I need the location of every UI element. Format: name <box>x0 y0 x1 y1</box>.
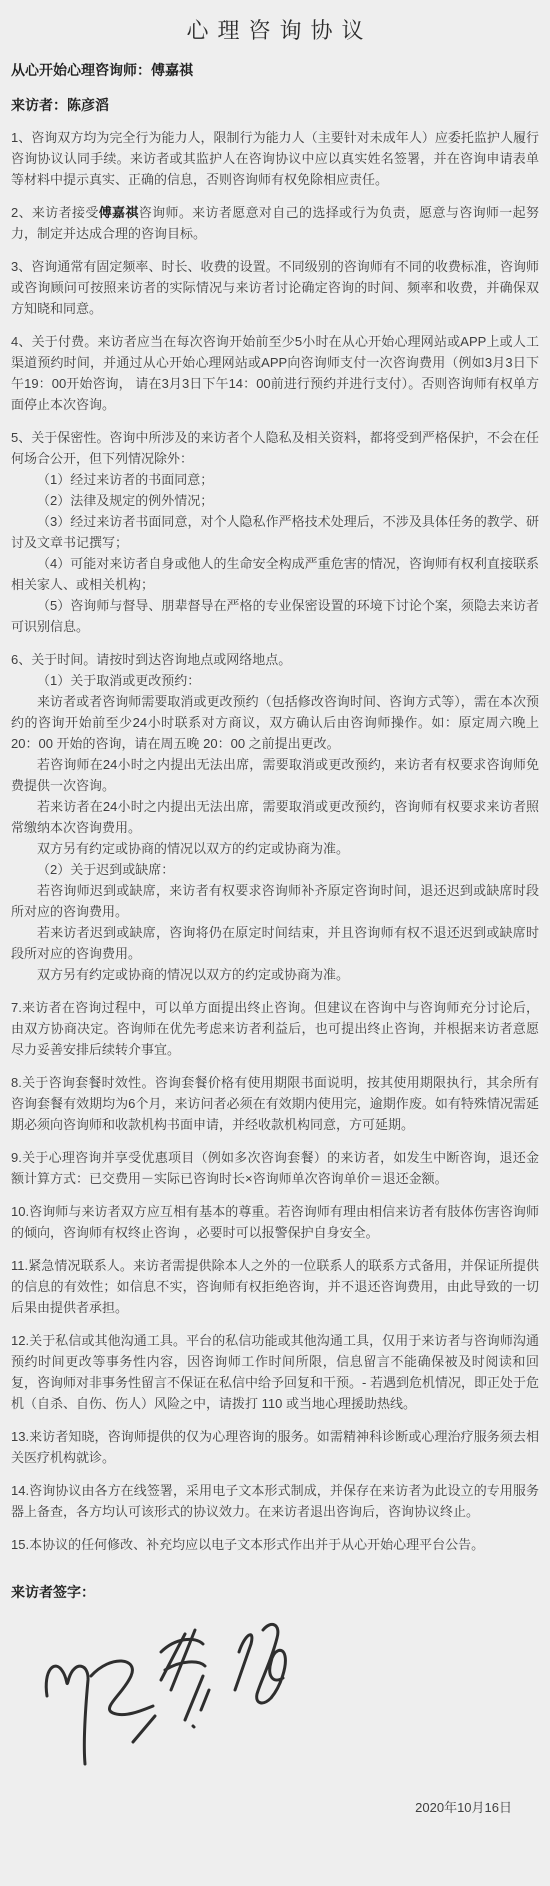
agreement-paragraph: 来访者或者咨询师需要取消或更改预约（包括修改咨询时间、咨询方式等），需在本次预约… <box>11 691 539 754</box>
agreement-paragraph: （1）经过来访者的书面同意； <box>11 469 539 490</box>
agreement-paragraph: （5）咨询师与督导、朋辈督导在严格的专业保密设置的环境下讨论个案，须隐去来访者可… <box>11 595 539 637</box>
agreement-paragraph: 7.来访者在咨询过程中，可以单方面提出终止咨询。但建议在咨询中与咨询师充分讨论后… <box>11 997 539 1060</box>
agreement-paragraph: 14.咨询协议由各方在线签署，采用电子文本形式制成，并保存在来访者为此设立的专用… <box>11 1480 539 1522</box>
agreement-paragraph: 双方另有约定或协商的情况以双方的约定或协商为准。 <box>11 964 539 985</box>
agreement-paragraph: 11.紧急情况联系人。来访者需提供除本人之外的一位联系人的联系方式备用，并保证所… <box>11 1255 539 1318</box>
agreement-paragraph: 10.咨询师与来访者双方应互相有基本的尊重。若咨询师有理由相信来访者有肢体伤害咨… <box>11 1201 539 1243</box>
agreement-page: 心理咨询协议 从心开始心理咨询师：傅嘉祺 来访者：陈彦滔 1、咨询双方均为完全行… <box>0 0 550 1886</box>
agreement-paragraph: （4）可能对来访者自身或他人的生命安全构成严重危害的情况，咨询师有权利直接联系相… <box>11 553 539 595</box>
agreement-paragraph: 若咨询师在24小时之内提出无法出席，需要取消或更改预约，来访者有权要求咨询师免费… <box>11 754 539 796</box>
agreement-paragraph: （3）经过来访者书面同意，对个人隐私作严格技术处理后，不涉及具体任务的教学、研讨… <box>11 511 539 553</box>
agreement-paragraph: 13.来访者知晓，咨询师提供的仅为心理咨询的服务。如需精神科诊断或心理治疗服务须… <box>11 1426 539 1468</box>
handwritten-signature-icon <box>33 1618 293 1783</box>
agreement-paragraph: 8.关于咨询套餐时效性。咨询套餐价格有使用期限书面说明，按其使用期限执行，其余所… <box>11 1072 539 1135</box>
signature-date: 2020年10月16日 <box>11 1797 539 1816</box>
agreement-paragraph: 5、关于保密性。咨询中所涉及的来访者个人隐私及相关资料，都将受到严格保护，不会在… <box>11 427 539 469</box>
agreement-paragraph: （2）法律及规定的例外情况； <box>11 490 539 511</box>
agreement-paragraph: 9.关于心理咨询并享受优惠项目（例如多次咨询套餐）的来访者，如发生中断咨询，退还… <box>11 1147 539 1189</box>
counselor-name-emphasis: 傅嘉祺 <box>99 205 139 220</box>
agreement-paragraph: （2）关于迟到或缺席： <box>11 859 539 880</box>
agreement-paragraph: 1、咨询双方均为完全行为能力人，限制行为能力人（主要针对未成年人）应委托监护人履… <box>11 127 539 190</box>
agreement-paragraph: 12.关于私信或其他沟通工具。平台的私信功能或其他沟通工具，仅用于来访者与咨询师… <box>11 1330 539 1414</box>
counselor-name-line: 从心开始心理咨询师：傅嘉祺 <box>11 60 539 80</box>
agreement-paragraph: 若来访者在24小时之内提出无法出席，需要取消或更改预约，咨询师有权要求来访者照常… <box>11 796 539 838</box>
agreement-paragraph: 3、咨询通常有固定频率、时长、收费的设置。不同级别的咨询师有不同的收费标准，咨询… <box>11 256 539 319</box>
agreement-paragraph: 6、关于时间。请按时到达咨询地点或网络地点。 <box>11 649 539 670</box>
page-title: 心理咨询协议 <box>11 14 539 45</box>
agreement-paragraph: 双方另有约定或协商的情况以双方的约定或协商为准。 <box>11 838 539 859</box>
agreement-paragraph: 2、来访者接受傅嘉祺咨询师。来访者愿意对自己的选择或行为负责，愿意与咨询师一起努… <box>11 202 539 244</box>
agreement-paragraph: （1）关于取消或更改预约： <box>11 670 539 691</box>
agreement-paragraph: 若咨询师迟到或缺席，来访者有权要求咨询师补齐原定咨询时间，退还迟到或缺席时段所对… <box>11 880 539 922</box>
clause-text: 2、来访者接受 <box>11 205 99 220</box>
agreement-paragraph: 4、关于付费。来访者应当在每次咨询开始前至少5小时在从心开始心理网站或APP上或… <box>11 331 539 415</box>
agreement-paragraph: 若来访者迟到或缺席，咨询将仍在原定时间结束，并且咨询师有权不退还迟到或缺席时段所… <box>11 922 539 964</box>
signature-label: 来访者签字： <box>11 1582 539 1602</box>
agreement-items: 1、咨询双方均为完全行为能力人，限制行为能力人（主要针对未成年人）应委托监护人履… <box>11 127 539 1555</box>
client-name-line: 来访者：陈彦滔 <box>11 95 539 115</box>
client-signature-image <box>33 1618 293 1783</box>
agreement-paragraph: 15.本协议的任何修改、补充均应以电子文本形式作出并于从心开始心理平台公告。 <box>11 1534 539 1555</box>
